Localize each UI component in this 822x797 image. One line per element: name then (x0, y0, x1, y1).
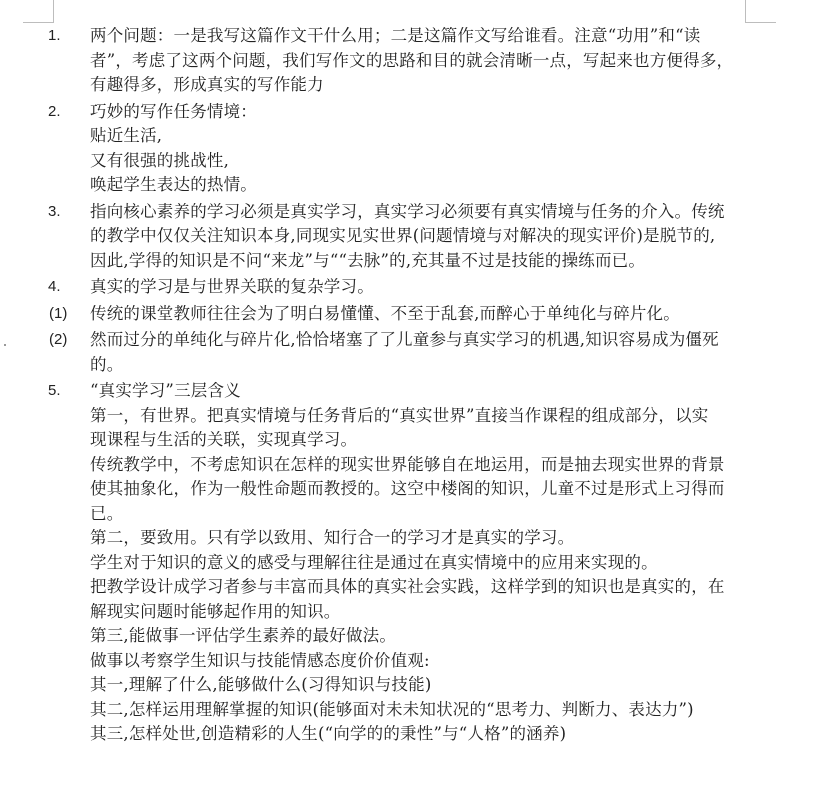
list-item-text: 然而过分的单纯化与碎片化,恰恰堵塞了了儿童参与真实学习的机遇,知识容易成为僵死 … (90, 328, 740, 377)
list-marker: 5. (48, 379, 84, 404)
list-marker: 3. (48, 200, 84, 225)
list-item-text: 巧妙的写作任务情境： 贴近生活, 又有很强的挑战性, 唤起学生表达的热情。 (90, 100, 740, 198)
list-marker: 1. (48, 24, 84, 49)
sub-list-item: (2) 然而过分的单纯化与碎片化,恰恰堵塞了了儿童参与真实学习的机遇,知识容易成… (0, 328, 822, 377)
list-item-text: 两个问题：一是我写这篇作文干什么用；二是这篇作文写给谁看。注意“功用”和“读 者… (90, 24, 740, 98)
text-line: 第三,能做事一评估学生素养的最好做法。 (90, 624, 740, 649)
document-page: 1. 两个问题：一是我写这篇作文干什么用；二是这篇作文写给谁看。注意“功用”和“… (0, 22, 822, 747)
text-line: 现课程与生活的关联，实现真学习。 (90, 428, 740, 453)
text-line: 其三,怎样处世,创造精彩的人生(“向学的的秉性”与“人格”的涵养) (90, 722, 740, 747)
text-line: 的教学中仅仅关注知识本身,同现实见实世界(问题情境与对解决的现实评价)是脱节的, (90, 224, 740, 249)
text-line: 学生对于知识的意义的感受与理解往往是通过在真实情境中的应用来实现的。 (90, 551, 740, 576)
list-marker: 4. (48, 275, 84, 300)
text-line: 第二，要致用。只有学以致用、知行合一的学习才是真实的学习。 (90, 526, 740, 551)
list-item: 3. 指向核心素养的学习必须是真实学习，真实学习必须要有真实情境与任务的介入。传… (0, 200, 822, 274)
sub-list-item: (1) 传统的课堂教师往往会为了明白易懂懂、不至于乱套,而醉心于单纯化与碎片化。 (0, 302, 822, 327)
list-item-text: “真实学习”三层含义 第一，有世界。把真实情境与任务背后的“真实世界”直接当作课… (90, 379, 740, 747)
text-line: 的。 (90, 353, 740, 378)
text-line: 真实的学习是与世界关联的复杂学习。 (90, 275, 740, 300)
text-line: 其一,理解了什么,能够做什么(习得知识与技能) (90, 673, 740, 698)
list-marker: (2) (49, 328, 85, 353)
text-line: 解现实问题时能够起作用的知识。 (90, 600, 740, 625)
text-line: 传统的课堂教师往往会为了明白易懂懂、不至于乱套,而醉心于单纯化与碎片化。 (90, 302, 740, 327)
list-item: 5. “真实学习”三层含义 第一，有世界。把真实情境与任务背后的“真实世界”直接… (0, 379, 822, 747)
text-line: 已。 (90, 502, 740, 527)
text-line: 使其抽象化，作为一般性命题而教授的。这空中楼阁的知识，儿童不过是形式上习得而 (90, 477, 740, 502)
list-item: 1. 两个问题：一是我写这篇作文干什么用；二是这篇作文写给谁看。注意“功用”和“… (0, 24, 822, 98)
text-line: 指向核心素养的学习必须是真实学习，真实学习必须要有真实情境与任务的介入。传统 (90, 200, 740, 225)
text-line: 两个问题：一是我写这篇作文干什么用；二是这篇作文写给谁看。注意“功用”和“读 (90, 24, 740, 49)
text-line: 巧妙的写作任务情境： (90, 100, 740, 125)
crop-mark-left-vertical (53, 0, 54, 22)
text-line: 贴近生活, (90, 124, 740, 149)
text-line: 其二,怎样运用理解掌握的知识(能够面对未未知状况的“思考力、判断力、表达力”) (90, 698, 740, 723)
text-line: 唤起学生表达的热情。 (90, 173, 740, 198)
text-line: 做事以考察学生知识与技能情感态度价价值观: (90, 649, 740, 674)
list-item-text: 指向核心素养的学习必须是真实学习，真实学习必须要有真实情境与任务的介入。传统 的… (90, 200, 740, 274)
text-line: 因此,学得的知识是不问“来龙”与““去脉”的,充其量不过是技能的操练而已。 (90, 249, 740, 274)
text-line: 有趣得多，形成真实的写作能力 (90, 73, 740, 98)
list-marker: (1) (49, 302, 85, 327)
crop-mark-right-vertical (745, 0, 746, 22)
list-item-text: 传统的课堂教师往往会为了明白易懂懂、不至于乱套,而醉心于单纯化与碎片化。 (90, 302, 740, 327)
list-item: 2. 巧妙的写作任务情境： 贴近生活, 又有很强的挑战性, 唤起学生表达的热情。 (0, 100, 822, 198)
text-line: 把教学设计成学习者参与丰富而具体的真实社会实践，这样学到的知识也是真实的，在 (90, 575, 740, 600)
text-line: 第一，有世界。把真实情境与任务背后的“真实世界”直接当作课程的组成部分，以实 (90, 404, 740, 429)
text-line: “真实学习”三层含义 (90, 379, 740, 404)
text-line: 又有很强的挑战性, (90, 149, 740, 174)
text-line: 然而过分的单纯化与碎片化,恰恰堵塞了了儿童参与真实学习的机遇,知识容易成为僵死 (90, 328, 740, 353)
list-item-text: 真实的学习是与世界关联的复杂学习。 (90, 275, 740, 300)
text-line: 传统教学中，不考虑知识在怎样的现实世界能够自在地运用，而是抽去现实世界的背景 (90, 453, 740, 478)
list-item: 4. 真实的学习是与世界关联的复杂学习。 (0, 275, 822, 300)
text-line: 者”，考虑了这两个问题，我们写作文的思路和目的就会清晰一点，写起来也方便得多， (90, 49, 740, 74)
list-marker: 2. (48, 100, 84, 125)
